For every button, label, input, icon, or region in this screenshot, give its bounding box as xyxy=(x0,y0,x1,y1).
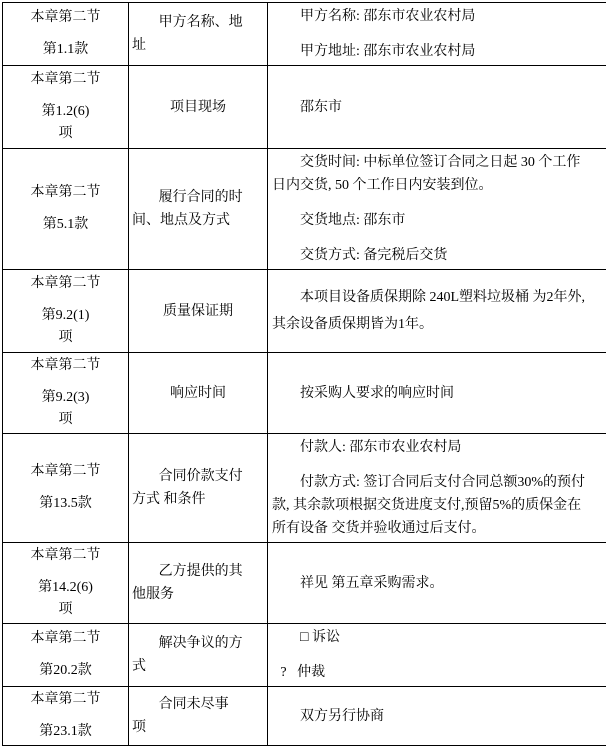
content-paragraph: 邵东市 xyxy=(272,96,606,119)
category-cell: 乙方提供的其 他服务 xyxy=(129,543,268,624)
content-paragraph: 双方另行协商 xyxy=(272,705,606,728)
ref-cell: 本章第二节 第1.1款 xyxy=(3,3,129,66)
clause-ref: 第9.2(1) 项 xyxy=(5,305,126,349)
category-cell: 甲方名称、地 址 xyxy=(129,3,268,66)
category-label: 甲方名称、地 址 xyxy=(132,11,264,57)
clause-ref: 第20.2款 xyxy=(5,660,126,682)
category-label: 质量保证期 xyxy=(163,304,233,319)
clause-ref: 第14.2(6) 项 xyxy=(5,577,126,621)
ref-cell: 本章第二节 第9.2(1) 项 xyxy=(3,270,129,353)
category-label: 合同价款支付 方式 和条件 xyxy=(132,465,264,511)
content-paragraph: 甲方名称: 邵东市农业农村局 xyxy=(272,5,606,28)
clause-ref: 第9.2(3) 项 xyxy=(5,387,126,431)
clause-ref: 第5.1款 xyxy=(5,214,126,236)
category-cell: 响应时间 xyxy=(129,353,268,434)
content-cell: 本项目设备质保期除 240L塑料垃圾桶 为2年外, 其余设备质保期皆为1年。 xyxy=(268,270,606,353)
content-paragraph litigation-option: □ 诉讼 xyxy=(272,626,606,649)
contract-terms-table: 本章第二节 第1.1款 甲方名称、地 址 甲方名称: 邵东市农业农村局 甲方地址… xyxy=(2,2,606,746)
content-paragraph: 交货方式: 备完税后交货 xyxy=(272,244,606,267)
section-ref: 本章第二节 xyxy=(5,461,126,483)
category-label: 项目现场 xyxy=(170,100,226,115)
category-cell: 质量保证期 xyxy=(129,270,268,353)
content-paragraph: 甲方地址: 邵东市农业农村局 xyxy=(272,40,606,63)
content-paragraph: 祥见 第五章采购需求。 xyxy=(272,572,606,595)
clause-ref: 第1.1款 xyxy=(5,39,126,61)
section-ref: 本章第二节 xyxy=(5,545,126,567)
category-cell: 合同价款支付 方式 和条件 xyxy=(129,434,268,543)
ref-cell: 本章第二节 第1.2(6) 项 xyxy=(3,66,129,149)
content-cell: 邵东市 xyxy=(268,66,606,149)
content-cell: 交货时间: 中标单位签订合同之日起 30 个工作 日内交货, 50 个工作日内安… xyxy=(268,149,606,270)
category-label: 合同未尽事 项 xyxy=(132,693,264,739)
section-ref: 本章第二节 xyxy=(5,273,126,295)
table-row: 本章第二节 第13.5款 合同价款支付 方式 和条件 付款人: 邵东市农业农村局… xyxy=(3,434,606,543)
section-ref: 本章第二节 xyxy=(5,689,126,711)
content-cell: 甲方名称: 邵东市农业农村局 甲方地址: 邵东市农业农村局 xyxy=(268,3,606,66)
category-label: 乙方提供的其 他服务 xyxy=(132,560,264,606)
content-cell: 双方另行协商 xyxy=(268,687,606,746)
table-row: 本章第二节 第9.2(3) 项 响应时间 按采购人要求的响应时间 xyxy=(3,353,606,434)
content-paragraph: 交货时间: 中标单位签订合同之日起 30 个工作 日内交货, 50 个工作日内安… xyxy=(272,151,606,197)
clause-ref: 第23.1款 xyxy=(5,721,126,743)
content-cell: □ 诉讼 ? 仲裁 xyxy=(268,624,606,687)
ref-cell: 本章第二节 第23.1款 xyxy=(3,687,129,746)
category-label: 响应时间 xyxy=(170,386,226,401)
content-paragraph: 本项目设备质保期除 240L塑料垃圾桶 为2年外, 其余设备质保期皆为1年。 xyxy=(272,284,606,338)
content-cell: 按采购人要求的响应时间 xyxy=(268,353,606,434)
section-ref: 本章第二节 xyxy=(5,628,126,650)
section-ref: 本章第二节 xyxy=(5,69,126,91)
table-row: 本章第二节 第23.1款 合同未尽事 项 双方另行协商 xyxy=(3,687,606,746)
table-row: 本章第二节 第5.1款 履行合同的时 间、地点及方式 交货时间: 中标单位签订合… xyxy=(3,149,606,270)
table-row: 本章第二节 第1.1款 甲方名称、地 址 甲方名称: 邵东市农业农村局 甲方地址… xyxy=(3,3,606,66)
category-cell: 解决争议的方 式 xyxy=(129,624,268,687)
content-paragraph: 付款人: 邵东市农业农村局 xyxy=(272,436,606,459)
ref-cell: 本章第二节 第20.2款 xyxy=(3,624,129,687)
content-cell: 祥见 第五章采购需求。 xyxy=(268,543,606,624)
table-row: 本章第二节 第14.2(6) 项 乙方提供的其 他服务 祥见 第五章采购需求。 xyxy=(3,543,606,624)
category-label: 解决争议的方 式 xyxy=(132,632,264,678)
content-paragraph: 交货地点: 邵东市 xyxy=(272,209,606,232)
content-paragraph: 按采购人要求的响应时间 xyxy=(272,382,606,405)
category-cell: 项目现场 xyxy=(129,66,268,149)
table-row: 本章第二节 第20.2款 解决争议的方 式 □ 诉讼 ? 仲裁 xyxy=(3,624,606,687)
ref-cell: 本章第二节 第14.2(6) 项 xyxy=(3,543,129,624)
table-row: 本章第二节 第9.2(1) 项 质量保证期 本项目设备质保期除 240L塑料垃圾… xyxy=(3,270,606,353)
ref-cell: 本章第二节 第9.2(3) 项 xyxy=(3,353,129,434)
content-paragraph: 付款方式: 签订合同后支付合同总额30%的预付 款, 其余款项根据交货进度支付,… xyxy=(272,471,606,540)
content-cell: 付款人: 邵东市农业农村局 付款方式: 签订合同后支付合同总额30%的预付 款,… xyxy=(268,434,606,543)
category-label: 履行合同的时 间、地点及方式 xyxy=(132,186,264,232)
table-row: 本章第二节 第1.2(6) 项 项目现场 邵东市 xyxy=(3,66,606,149)
ref-cell: 本章第二节 第13.5款 xyxy=(3,434,129,543)
category-cell: 合同未尽事 项 xyxy=(129,687,268,746)
contract-table-body: 本章第二节 第1.1款 甲方名称、地 址 甲方名称: 邵东市农业农村局 甲方地址… xyxy=(3,3,606,746)
clause-ref: 第1.2(6) 项 xyxy=(5,101,126,145)
content-paragraph arbitration-option: ? 仲裁 xyxy=(272,661,606,684)
section-ref: 本章第二节 xyxy=(5,182,126,204)
clause-ref: 第13.5款 xyxy=(5,493,126,515)
section-ref: 本章第二节 xyxy=(5,7,126,29)
ref-cell: 本章第二节 第5.1款 xyxy=(3,149,129,270)
section-ref: 本章第二节 xyxy=(5,355,126,377)
category-cell: 履行合同的时 间、地点及方式 xyxy=(129,149,268,270)
